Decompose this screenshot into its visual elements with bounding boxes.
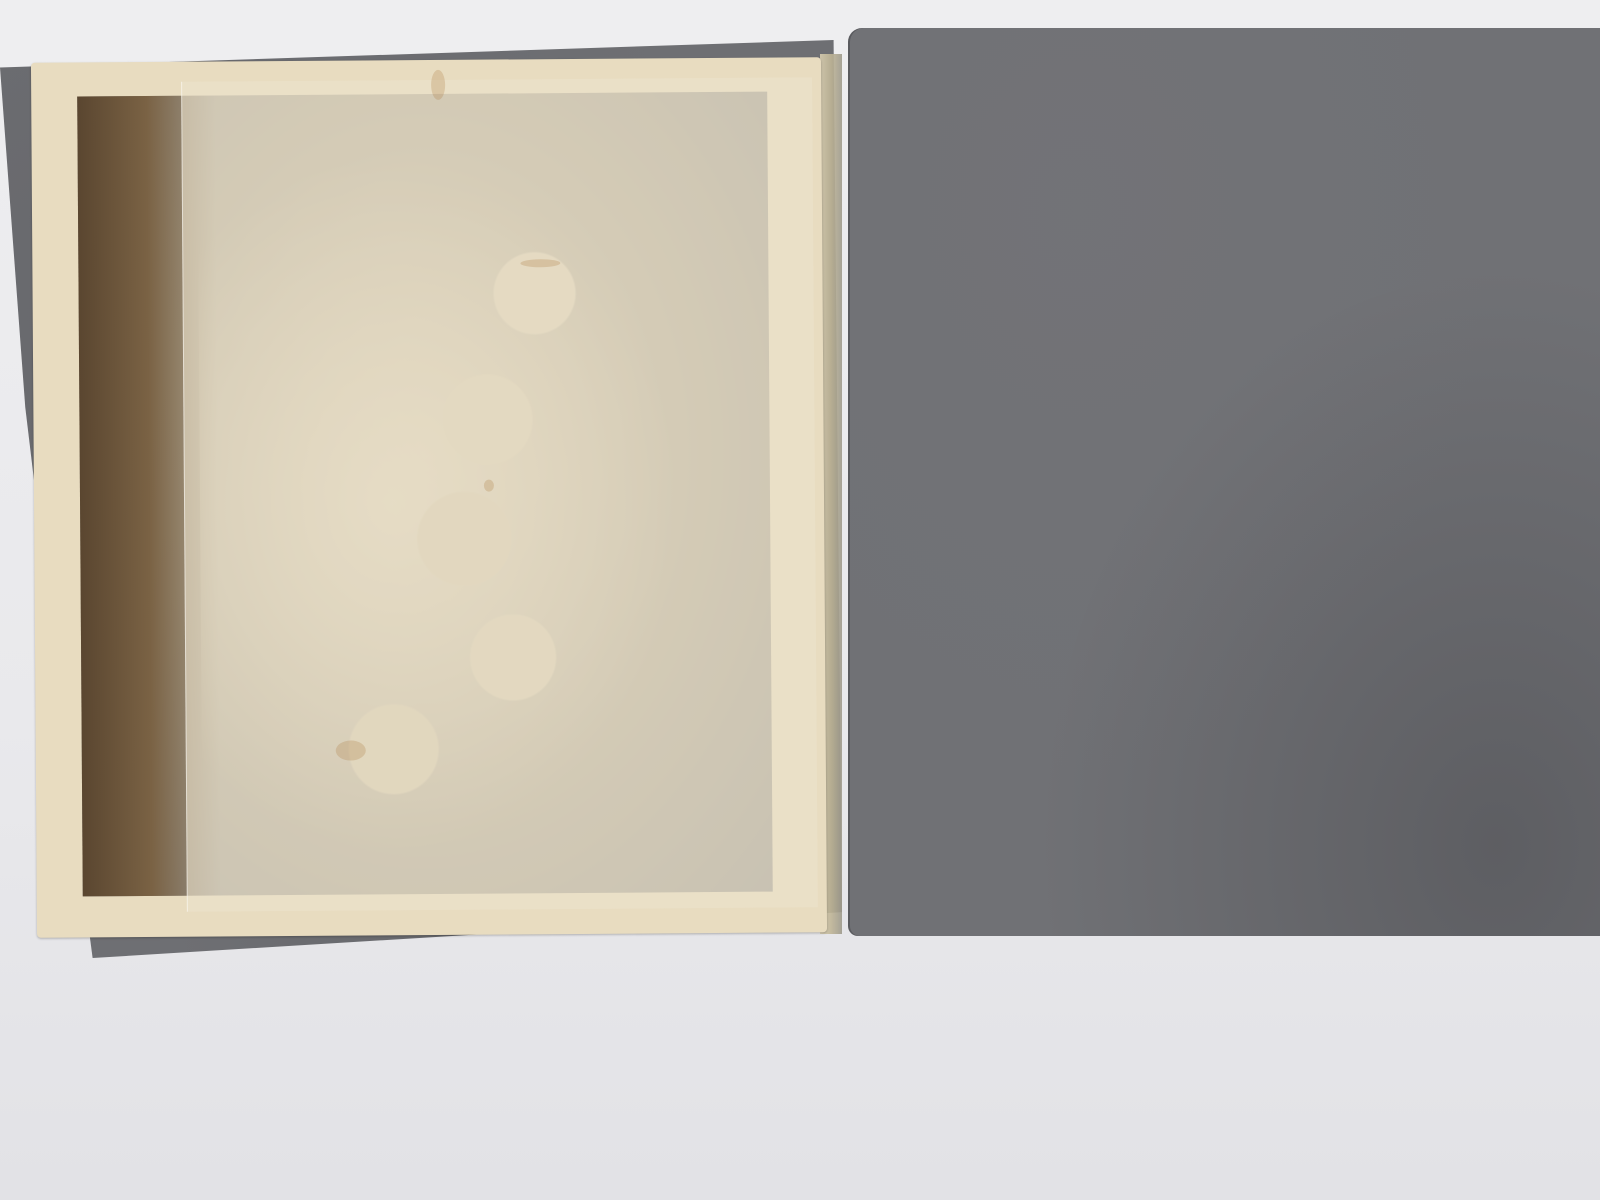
foxing-stain — [336, 740, 366, 760]
folder-right-panel — [850, 28, 1600, 936]
photo-folder-scene — [0, 0, 1600, 1200]
mounted-photograph — [31, 57, 827, 937]
foxing-stain — [431, 70, 445, 100]
foxing-stain — [484, 480, 494, 492]
tissue-interleaf — [181, 77, 818, 911]
